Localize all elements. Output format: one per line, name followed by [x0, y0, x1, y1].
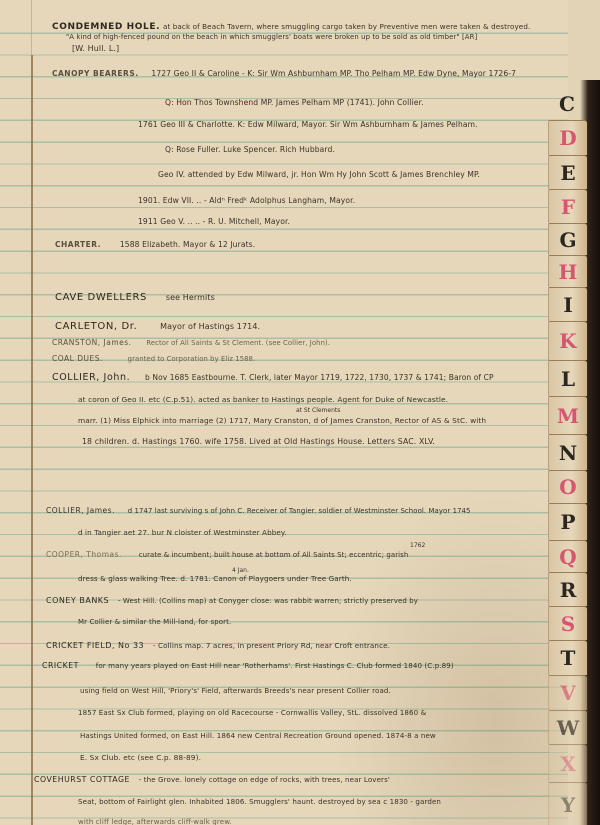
tab-x[interactable]: X — [548, 744, 587, 782]
tab-r[interactable]: R — [548, 572, 587, 606]
entry-cave-dwellers: CAVE DWELLERS see Hermits — [55, 292, 215, 303]
entry-heading: COOPER, Thomas. — [46, 550, 122, 559]
margin-rule — [31, 55, 33, 825]
tab-t[interactable]: T — [548, 640, 587, 675]
tab-q[interactable]: Q — [548, 540, 587, 572]
entry-collier-john-l2: at coron of Geo II. etc (C.p.51). acted … — [78, 395, 448, 404]
entry-text: b Nov 1685 Eastbourne. T. Clerk, later M… — [145, 373, 494, 382]
entry-text: 1588 Elizabeth. Mayor & 12 Jurats. — [120, 240, 255, 249]
entry-coal-dues: COAL DUES. granted to Corporation by Eli… — [52, 354, 255, 364]
tab-c[interactable]: C — [548, 86, 586, 122]
entry-covehurst-l2: Seat, bottom of Fairlight glen. Inhabite… — [78, 797, 441, 806]
tab-i[interactable]: I — [548, 287, 587, 321]
tab-g[interactable]: G — [548, 223, 587, 255]
entry-cranston: CRANSTON, James. Rector of All Saints & … — [52, 338, 330, 348]
tab-f[interactable]: F — [548, 189, 587, 223]
entry-cooper-l1: COOPER, Thomas. curate & incumbent; buil… — [46, 550, 408, 560]
tab-h[interactable]: H — [548, 255, 587, 287]
entry-cricket-field: CRICKET FIELD, No 33 - Collins map. 7 ac… — [46, 641, 390, 651]
entry-coney-banks-l1: CONEY BANKS - West Hill. (Collins map) a… — [46, 596, 418, 606]
entry-heading: COAL DUES. — [52, 354, 103, 363]
entry-covehurst-l1: COVEHURST COTTAGE - the Grove. lonely co… — [34, 775, 390, 785]
entry-heading: CARLETON, Dr. — [55, 321, 137, 332]
entry-heading: CAVE DWELLERS — [55, 292, 147, 303]
tab-k[interactable]: K — [548, 321, 587, 360]
entry-coney-banks-l2: Mr Collier & similar the Mill-land, for … — [78, 618, 231, 626]
tab-d[interactable]: D — [548, 120, 587, 155]
entry-heading: CONDEMNED HOLE. — [52, 22, 160, 32]
entry-heading: COVEHURST COTTAGE — [34, 775, 130, 784]
tab-p[interactable]: P — [548, 503, 587, 540]
tab-l[interactable]: L — [548, 360, 587, 396]
entry-condemned-hole-l1: CONDEMNED HOLE. at back of Beach Tavern,… — [52, 22, 530, 32]
tab-s[interactable]: S — [548, 606, 587, 640]
entry-carleton: CARLETON, Dr. Mayor of Hastings 1714. — [55, 321, 260, 332]
tab-y[interactable]: Y — [548, 782, 587, 825]
entry-text: Rector of All Saints & St Clement. (see … — [146, 339, 330, 347]
entry-text: - West Hill. (Collins map) at Conyger cl… — [118, 597, 418, 605]
entry-cooper-sup: 1762 — [410, 542, 425, 549]
entry-cricket-l2: using field on West Hill, 'Priory's' Fie… — [80, 686, 391, 695]
margin-line-top — [31, 0, 32, 55]
tab-e[interactable]: E — [548, 155, 587, 189]
entry-text: see Hermits — [166, 293, 215, 302]
entry-canopy-bearers-l7: 1911 Geo V. .. .. - R. U. Mitchell, Mayo… — [138, 217, 290, 226]
entry-heading: CANOPY BEARERS. — [52, 69, 139, 78]
entry-heading: CRICKET FIELD, No 33 — [46, 641, 144, 650]
entry-canopy-bearers-l1: CANOPY BEARERS. 1727 Geo II & Caroline -… — [52, 69, 516, 79]
entry-text: - the Grove. lonely cottage on edge of r… — [139, 775, 390, 784]
entry-text: d 1747 last surviving s of John C. Recei… — [128, 507, 471, 515]
entry-collier-john-l3: marr. (1) Miss Elphick into marriage (2)… — [78, 416, 486, 425]
entry-canopy-bearers-l2: Q: Hon Thos Townshend MP. James Pelham M… — [165, 98, 424, 107]
entry-cricket-l5: E. Sx Club. etc (see C.p. 88-89). — [80, 753, 201, 762]
entry-text: curate & incumbent; built house at botto… — [139, 551, 409, 559]
entry-covehurst-l3: with cliff ledge, afterwards cliff-walk … — [78, 817, 232, 825]
entry-text: for many years played on East Hill near … — [96, 661, 454, 670]
entry-cricket-l4: Hastings United formed, on East Hill. 18… — [80, 731, 436, 740]
entry-collier-james-l2: d in Tangier aet 27. bur N cloister of W… — [78, 528, 287, 537]
entry-heading: CRANSTON, James. — [52, 338, 132, 347]
tab-m[interactable]: M — [548, 396, 587, 434]
entry-condemned-hole-l3: [W. Hull. L.] — [72, 44, 119, 53]
tab-w[interactable]: W — [548, 710, 587, 744]
entry-charter: CHARTER. 1588 Elizabeth. Mayor & 12 Jura… — [55, 240, 255, 250]
entry-heading: COLLIER, James. — [46, 506, 115, 515]
entry-canopy-bearers-l4: Q: Rose Fuller. Luke Spencer. Rich Hubba… — [165, 145, 335, 154]
entry-condemned-hole-l2: "A kind of high-fenced pound on the beac… — [66, 33, 477, 41]
entry-cricket-l3: 1857 East Sx Club formed, playing on old… — [78, 708, 426, 717]
entry-heading: CHARTER. — [55, 240, 101, 249]
entry-heading: CONEY BANKS — [46, 596, 109, 605]
entry-cooper-sup2: 4 Jan. — [232, 567, 249, 574]
tab-v[interactable]: V — [548, 675, 587, 710]
entry-canopy-bearers-l3: 1761 Geo III & Charlotte. K: Edw Milward… — [138, 120, 478, 129]
entry-cricket-l1: CRICKET for many years played on East Hi… — [42, 661, 454, 671]
entry-text: Mayor of Hastings 1714. — [160, 322, 260, 331]
entry-text: granted to Corporation by Eliz 1588. — [128, 355, 256, 363]
entry-collier-john-l1: COLLIER, John. b Nov 1685 Eastbourne. T.… — [52, 372, 494, 383]
entry-text: - Collins map. 7 acres, in present Prior… — [153, 641, 390, 650]
tab-n[interactable]: N — [548, 434, 587, 470]
entry-heading: CRICKET — [42, 661, 79, 670]
tab-o[interactable]: O — [548, 470, 587, 503]
entry-collier-john-l4: 18 children. d. Hastings 1760. wife 1758… — [82, 437, 435, 446]
entry-canopy-bearers-l5: Geo IV. attended by Edw Milward, jr. Hon… — [158, 170, 480, 179]
entry-text: 1727 Geo II & Caroline - K: Sir Wm Ashbu… — [151, 69, 516, 78]
entry-text: at back of Beach Tavern, where smuggling… — [163, 22, 530, 31]
entry-collier-john-sup: at St Clements — [296, 407, 340, 414]
entry-cooper-l2: dress & glass walking Tree. d. 1781. Can… — [78, 574, 352, 583]
entry-heading: COLLIER, John. — [52, 372, 130, 383]
entry-collier-james-l1: COLLIER, James. d 1747 last surviving s … — [46, 506, 471, 516]
entry-canopy-bearers-l6: 1901. Edw VII. .. - Aldⁿ Fredᵏ Adolphus … — [138, 196, 355, 205]
